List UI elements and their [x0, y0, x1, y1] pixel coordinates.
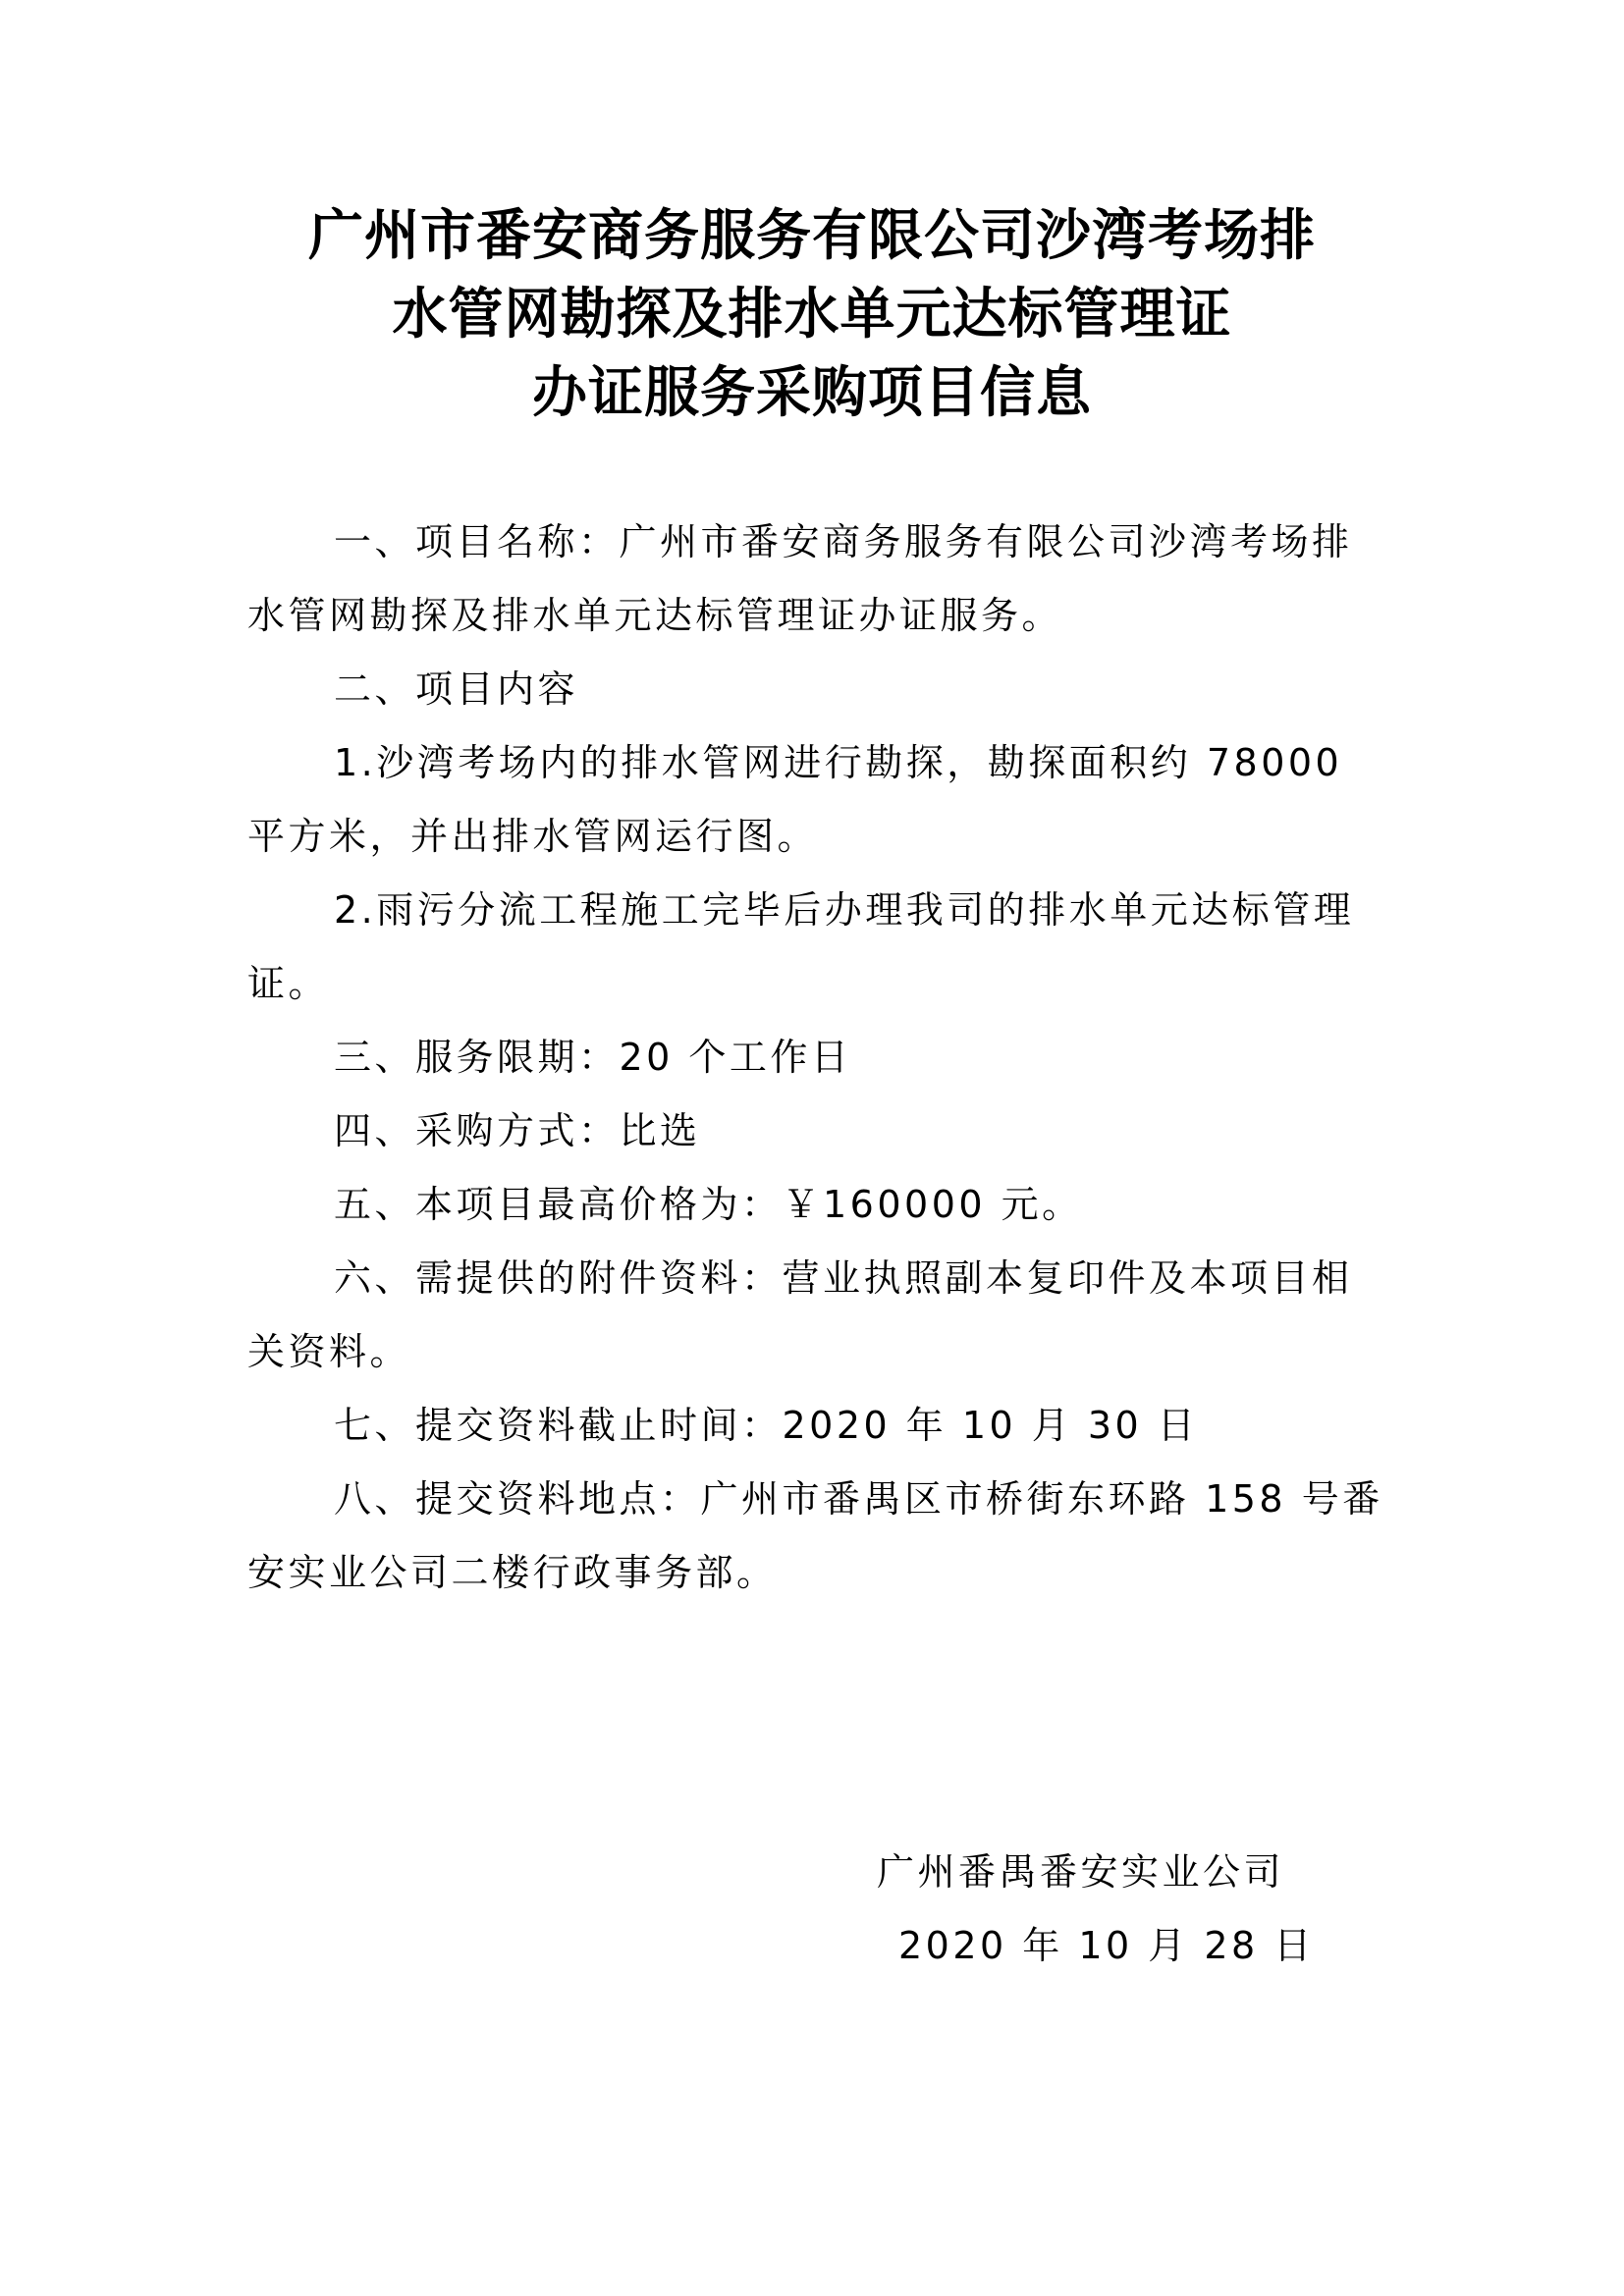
section-submission-deadline: 七、提交资料截止时间：2020 年 10 月 30 日: [247, 1389, 1386, 1463]
section-service-period: 三、服务限期：20 个工作日: [247, 1021, 1386, 1095]
content-item-2: 2.雨污分流工程施工完毕后办理我司的排水单元达标管理证。: [247, 874, 1386, 1021]
content-item-1: 1.沙湾考场内的排水管网进行勘探，勘探面积约 78000 平方米，并出排水管网运…: [247, 726, 1386, 874]
signature-organization: 广州番禺番安实业公司: [877, 1836, 1466, 1909]
section-project-name: 一、项目名称：广州市番安商务服务有限公司沙湾考场排水管网勘探及排水单元达标管理证…: [247, 506, 1386, 653]
title-line-2: 水管网勘探及排水单元达标管理证: [0, 275, 1624, 353]
document-page: 广州市番安商务服务有限公司沙湾考场排 水管网勘探及排水单元达标管理证 办证服务采…: [0, 0, 1624, 2296]
section-procurement-method: 四、采购方式：比选: [247, 1095, 1386, 1168]
title-line-3: 办证服务采购项目信息: [0, 353, 1624, 432]
section-submission-location: 八、提交资料地点：广州市番禺区市桥街东环路 158 号番安实业公司二楼行政事务部…: [247, 1463, 1386, 1610]
section-max-price: 五、本项目最高价格为：￥160000 元。: [247, 1168, 1386, 1242]
title-line-1: 广州市番安商务服务有限公司沙湾考场排: [0, 196, 1624, 275]
section-project-content: 二、项目内容: [247, 653, 1386, 726]
signature-block: 广州番禺番安实业公司 2020 年 10 月 28 日: [877, 1836, 1466, 1983]
section-required-attachments: 六、需提供的附件资料：营业执照副本复印件及本项目相关资料。: [247, 1242, 1386, 1389]
document-body: 一、项目名称：广州市番安商务服务有限公司沙湾考场排水管网勘探及排水单元达标管理证…: [247, 506, 1386, 1610]
signature-date: 2020 年 10 月 28 日: [877, 1909, 1466, 1983]
document-title: 广州市番安商务服务有限公司沙湾考场排 水管网勘探及排水单元达标管理证 办证服务采…: [0, 196, 1624, 432]
